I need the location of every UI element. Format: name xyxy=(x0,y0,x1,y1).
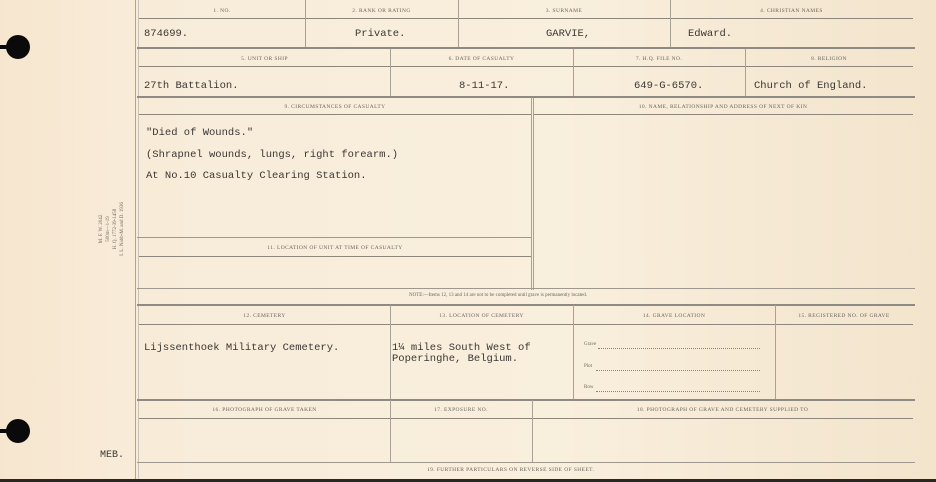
row-rule xyxy=(137,96,915,98)
hq-file-number: 649-G-6570. xyxy=(634,80,703,92)
divider xyxy=(573,305,574,399)
header-unit: 5. Unit or Ship xyxy=(139,52,390,67)
divider xyxy=(670,0,671,47)
divider xyxy=(745,49,746,96)
circumstances-line: At No.10 Casualty Clearing Station. xyxy=(146,170,367,182)
divider xyxy=(532,400,533,462)
header-photograph-taken: 16. Photograph of Grave Taken xyxy=(139,402,390,419)
row-rule xyxy=(137,304,915,306)
header-number: 1. No. xyxy=(139,4,305,19)
row-rule xyxy=(137,399,915,401)
header-cemetery: 12. Cemetery xyxy=(139,308,390,325)
row-rule xyxy=(137,47,915,49)
divider xyxy=(305,0,306,47)
footer-note: 19. Further Particulars on Reverse Side … xyxy=(427,467,594,473)
record-card: M. F. W. 2042 500m—1-19 H. Q. 1772-39-14… xyxy=(0,0,936,482)
row-rule xyxy=(137,237,531,238)
printer-imprint: M. F. W. 2042 500m—1-19 H. Q. 1772-39-14… xyxy=(98,199,126,259)
header-surname: 3. Surname xyxy=(458,4,670,19)
cemetery-name: Lijssenthoek Military Cemetery. xyxy=(144,342,339,354)
header-registered-no: 15. Registered No. of Grave xyxy=(775,308,913,325)
divider xyxy=(775,305,776,399)
grave-label: Grave xyxy=(584,342,596,347)
circumstances-line: (Shrapnel wounds, lungs, right forearm.) xyxy=(146,149,398,161)
row-blank xyxy=(596,391,760,392)
divider xyxy=(531,98,532,290)
grave-blank xyxy=(598,348,760,349)
divider xyxy=(390,305,391,399)
surname: GARVIE, xyxy=(546,28,590,40)
header-location-of-cemetery: 13. Location of Cemetery xyxy=(390,308,573,325)
header-exposure-no: 17. Exposure No. xyxy=(390,402,532,419)
divider xyxy=(390,49,391,96)
date-of-casualty: 8-11-17. xyxy=(459,80,509,92)
christian-names: Edward. xyxy=(688,28,732,40)
header-rank: 2. Rank or Rating xyxy=(305,4,458,19)
note: NOTE:—Items 12, 13 and 14 are not to be … xyxy=(409,293,587,298)
margin-line xyxy=(135,0,136,482)
header-date: 6. Date of Casualty xyxy=(390,52,573,67)
plot-blank xyxy=(596,370,760,371)
header-christian-names: 4. Christian Names xyxy=(670,4,913,19)
rank: Private. xyxy=(355,28,405,40)
unit: 27th Battalion. xyxy=(144,80,239,92)
binder-hole-bottom xyxy=(6,419,30,443)
divider xyxy=(458,0,459,47)
header-next-of-kin: 10. Name, Relationship and Address of Ne… xyxy=(533,99,913,115)
cemetery-location-line2: Poperinghe, Belgium. xyxy=(392,353,518,365)
binder-hole-top xyxy=(6,35,30,59)
clerk-initials: MEB. xyxy=(100,450,124,461)
header-photograph-supplied: 18. Photograph of Grave and Cemetery Sup… xyxy=(532,402,913,419)
row-label: Row xyxy=(584,385,593,390)
service-number: 874699. xyxy=(144,28,188,40)
header-religion: 8. Religion xyxy=(745,52,913,67)
header-file-no: 7. H.Q. File No. xyxy=(573,52,745,67)
divider xyxy=(533,98,534,290)
header-location-of-unit: 11. Location of Unit at Time of Casualty xyxy=(139,240,531,257)
circumstances-line: "Died of Wounds." xyxy=(146,127,253,139)
religion: Church of England. xyxy=(754,80,867,92)
divider xyxy=(390,400,391,462)
row-rule xyxy=(137,288,915,289)
plot-label: Plot xyxy=(584,364,592,369)
header-grave-location: 14. Grave Location xyxy=(573,308,775,325)
divider xyxy=(573,49,574,96)
header-circumstances: 9. Circumstances of Casualty xyxy=(139,99,531,115)
row-rule xyxy=(137,462,915,463)
